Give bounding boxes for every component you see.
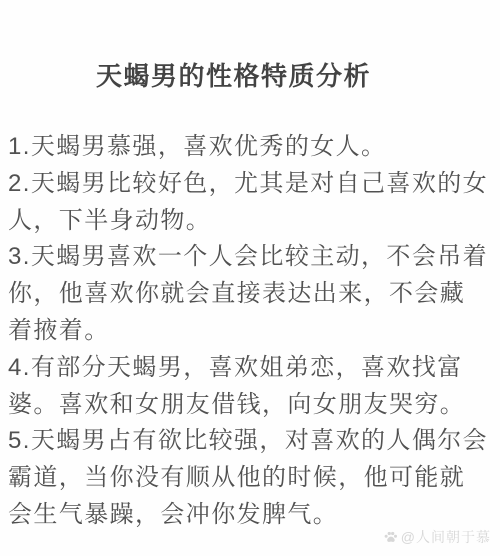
watermark: @人间朝于慕 [383, 527, 491, 547]
watermark-text: @人间朝于慕 [401, 527, 491, 547]
list-item-2: 2.天蝎男比较好色，尤其是对自己喜欢的女 人，下半身动物。 [8, 166, 498, 240]
text-line: 5.天蝎男占有欲比较强，对喜欢的人偶尔会 [8, 423, 498, 460]
list-item-4: 4.有部分天蝎男，喜欢姐弟恋，喜欢找富 婆。喜欢和女朋友借钱，向女朋友哭穷。 [8, 350, 498, 424]
text-line: 2.天蝎男比较好色，尤其是对自己喜欢的女 [8, 166, 498, 203]
page-title: 天蝎男的性格特质分析 [0, 58, 467, 94]
trait-list: 1.天蝎男慕强，喜欢优秀的女人。 2.天蝎男比较好色，尤其是对自己喜欢的女 人，… [8, 129, 498, 534]
list-item-5: 5.天蝎男占有欲比较强，对喜欢的人偶尔会 霸道，当你没有顺从他的时候，他可能就 … [8, 423, 498, 533]
text-line: 着掖着。 [8, 313, 498, 350]
list-item-1: 1.天蝎男慕强，喜欢优秀的女人。 [8, 129, 498, 166]
list-item-3: 3.天蝎男喜欢一个人会比较主动，不会吊着 你，他喜欢你就会直接表达出来，不会藏 … [8, 239, 498, 349]
text-image-page: 天蝎男的性格特质分析 1.天蝎男慕强，喜欢优秀的女人。 2.天蝎男比较好色，尤其… [0, 0, 500, 556]
text-line: 1.天蝎男慕强，喜欢优秀的女人。 [8, 129, 498, 166]
text-line: 3.天蝎男喜欢一个人会比较主动，不会吊着 [8, 239, 498, 276]
text-line: 婆。喜欢和女朋友借钱，向女朋友哭穷。 [8, 387, 498, 424]
text-line: 4.有部分天蝎男，喜欢姐弟恋，喜欢找富 [8, 350, 498, 387]
text-line: 你，他喜欢你就会直接表达出来，不会藏 [8, 276, 498, 313]
text-line: 人，下半身动物。 [8, 203, 498, 240]
text-line: 霸道，当你没有顺从他的时候，他可能就 [8, 460, 498, 497]
paw-icon [383, 530, 398, 545]
